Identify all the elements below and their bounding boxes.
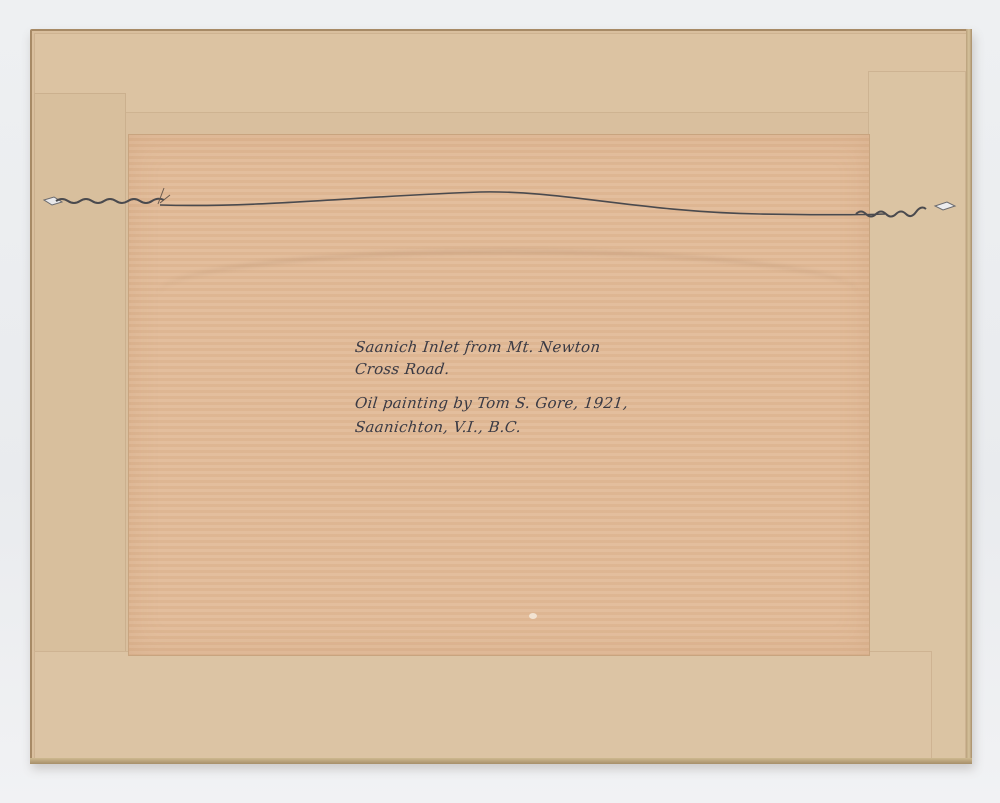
frame-edge-bottom <box>30 758 972 764</box>
tape-strip-top <box>34 33 968 113</box>
inscription-location-line: Saanichton, V.I., B.C. <box>354 418 522 436</box>
tape-strip-bottom <box>34 651 932 761</box>
wire-shadow <box>159 250 859 293</box>
inscription-artist-line: Oil painting by Tom S. Gore, 1921, <box>354 394 629 412</box>
corrugated-cardboard-panel: Saanich Inlet from Mt. Newton Cross Road… <box>128 134 870 656</box>
frame-backing: Saanich Inlet from Mt. Newton Cross Road… <box>30 29 972 763</box>
frame-edge-right <box>966 29 972 763</box>
small-paper-mark <box>529 613 537 619</box>
tape-strip-left <box>34 93 126 715</box>
photo-scene: Saanich Inlet from Mt. Newton Cross Road… <box>0 0 1000 803</box>
inscription-title-line2: Cross Road. <box>354 360 451 378</box>
inscription-title-line1: Saanich Inlet from Mt. Newton <box>354 338 601 356</box>
